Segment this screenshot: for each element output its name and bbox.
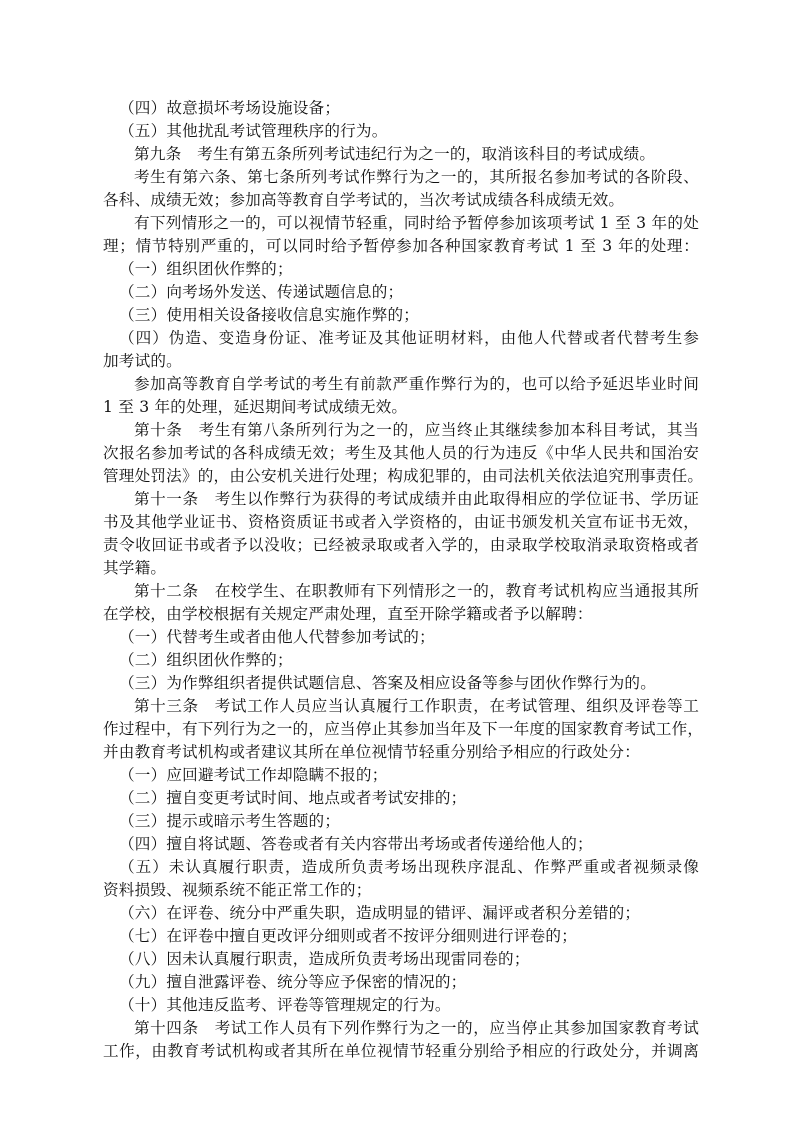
- text-line: （八）因未认真履行职责，造成所负责考场出现雷同卷的；: [103, 948, 699, 971]
- text-line: （二）组织团伙作弊的；: [103, 649, 699, 672]
- text-line: 第九条 考生有第五条所列考试违纪行为之一的，取消该科目的考试成绩。: [103, 143, 699, 166]
- text-line: （三）提示或暗示考生答题的；: [103, 810, 699, 833]
- text-line: 并由教育考试机构或者建议其所在单位视情节轻重分别给予相应的行政处分：: [103, 741, 699, 764]
- text-line: （五）其他扰乱考试管理秩序的行为。: [103, 120, 699, 143]
- text-line: 第十二条 在校学生、在职教师有下列情形之一的，教育考试机构应当通报其所: [103, 580, 699, 603]
- text-line: （二）擅自变更考试时间、地点或者考试安排的；: [103, 787, 699, 810]
- text-line: 作过程中，有下列行为之一的，应当停止其参加当年及下一年度的国家教育考试工作，: [103, 718, 699, 741]
- text-line: （五）未认真履行职责，造成所负责考场出现秩序混乱、作弊严重或者视频录像: [103, 856, 699, 879]
- text-line: 资料损毁、视频系统不能正常工作的；: [103, 879, 699, 902]
- text-line: 理；情节特别严重的，可以同时给予暂停参加各种国家教育考试 1 至 3 年的处理：: [103, 235, 699, 258]
- text-line: （十）其他违反监考、评卷等管理规定的行为。: [103, 994, 699, 1017]
- text-line: 参加高等教育自学考试的考生有前款严重作弊行为的，也可以给予延迟毕业时间: [103, 373, 699, 396]
- text-line: （九）擅自泄露评卷、统分等应予保密的情况的；: [103, 971, 699, 994]
- text-line: （一）应回避考试工作却隐瞒不报的；: [103, 764, 699, 787]
- text-line: 第十三条 考试工作人员应当认真履行工作职责，在考试管理、组织及评卷等工: [103, 695, 699, 718]
- text-line: 考生有第六条、第七条所列考试作弊行为之一的，其所报名参加考试的各阶段、: [103, 166, 699, 189]
- text-line: （三）为作弊组织者提供试题信息、答案及相应设备等参与团伙作弊行为的。: [103, 672, 699, 695]
- document-page: （四）故意损坏考场设施设备；（五）其他扰乱考试管理秩序的行为。第九条 考生有第五…: [103, 97, 699, 1063]
- text-line: 加考试的。: [103, 350, 699, 373]
- text-line: 各科、成绩无效；参加高等教育自学考试的，当次考试成绩各科成绩无效。: [103, 189, 699, 212]
- text-line: （一）代替考生或者由他人代替参加考试的；: [103, 626, 699, 649]
- text-line: （七）在评卷中擅自更改评分细则或者不按评分细则进行评卷的；: [103, 925, 699, 948]
- text-line: 责令收回证书或者予以没收；已经被录取或者入学的，由录取学校取消录取资格或者: [103, 534, 699, 557]
- text-line: （一）组织团伙作弊的；: [103, 258, 699, 281]
- text-line: （六）在评卷、统分中严重失职，造成明显的错评、漏评或者积分差错的；: [103, 902, 699, 925]
- text-line: （四）擅自将试题、答卷或者有关内容带出考场或者传递给他人的；: [103, 833, 699, 856]
- text-line: 第十一条 考生以作弊行为获得的考试成绩并由此取得相应的学位证书、学历证: [103, 488, 699, 511]
- text-line: 第十四条 考试工作人员有下列作弊行为之一的，应当停止其参加国家教育考试: [103, 1017, 699, 1040]
- text-line: 工作，由教育考试机构或者其所在单位视情节轻重分别给予相应的行政处分，并调离: [103, 1040, 699, 1063]
- text-line: 在学校，由学校根据有关规定严肃处理，直至开除学籍或者予以解聘：: [103, 603, 699, 626]
- text-line: 第十条 考生有第八条所列行为之一的，应当终止其继续参加本科目考试，其当: [103, 419, 699, 442]
- text-line: 次报名参加考试的各科成绩无效；考生及其他人员的行为违反《中华人民共和国治安: [103, 442, 699, 465]
- text-line: （三）使用相关设备接收信息实施作弊的；: [103, 304, 699, 327]
- text-line: （四）伪造、变造身份证、准考证及其他证明材料，由他人代替或者代替考生参: [103, 327, 699, 350]
- text-line: 其学籍。: [103, 557, 699, 580]
- text-line: （二）向考场外发送、传递试题信息的；: [103, 281, 699, 304]
- text-line: 有下列情形之一的，可以视情节轻重，同时给予暂停参加该项考试 1 至 3 年的处: [103, 212, 699, 235]
- text-line: 管理处罚法》的，由公安机关进行处理；构成犯罪的，由司法机关依法追究刑事责任。: [103, 465, 699, 488]
- text-line: （四）故意损坏考场设施设备；: [103, 97, 699, 120]
- text-line: 书及其他学业证书、资格资质证书或者入学资格的，由证书颁发机关宣布证书无效，: [103, 511, 699, 534]
- text-line: 1 至 3 年的处理，延迟期间考试成绩无效。: [103, 396, 699, 419]
